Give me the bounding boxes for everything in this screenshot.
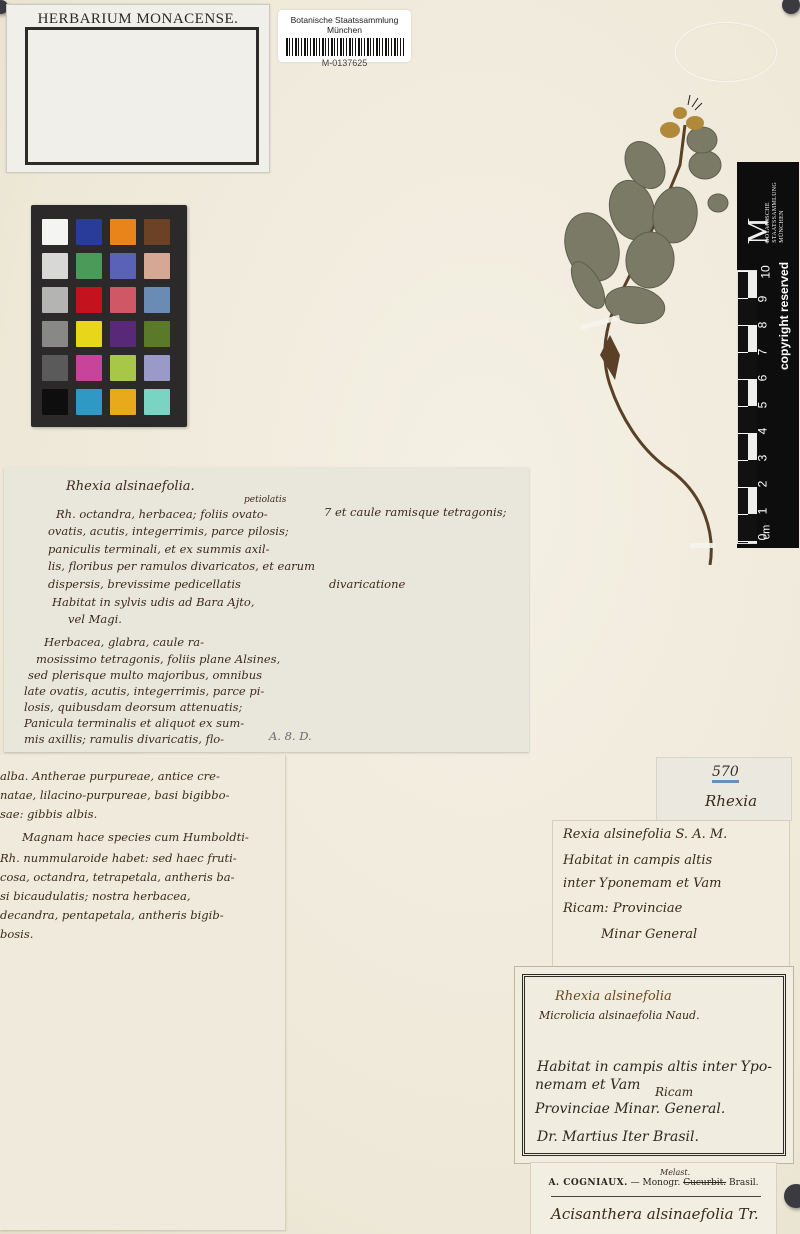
collector-line: Rexia alsinefolia S. A. M.	[563, 827, 727, 842]
species-name: Rhexia alsinaefolia.	[66, 479, 195, 494]
monograph-citation: A. COGNIAUX. — Monogr. Cucurbit. Brasil.	[531, 1178, 776, 1188]
ruler-number: 1	[755, 507, 769, 514]
description-line: ovatis, acutis, integerrimis, parce pilo…	[48, 524, 289, 538]
description-line: sed plerisque multo majoribus, omnibus	[28, 668, 262, 682]
color-swatch	[110, 355, 136, 381]
struck-word: Cucurbit.	[683, 1178, 726, 1188]
description-line: Rh. nummularoide habet: sed haec fruti-	[0, 851, 237, 865]
description-line: alba. Antherae purpureae, antice cre-	[0, 769, 220, 783]
color-calibration-chart	[31, 205, 187, 427]
color-swatch	[110, 219, 136, 245]
genus-name: Rhexia	[705, 792, 757, 810]
institution-name: Botanische Staatssammlung München	[278, 15, 411, 35]
habitat-line: vel Magi.	[68, 612, 122, 626]
province: Provinciae Minar. General.	[535, 1101, 725, 1117]
continuation-label: alba. Antherae purpureae, antice cre- na…	[0, 755, 286, 1230]
description-line: dispersis, brevissime pedicellatis	[48, 577, 241, 591]
description-line: cosa, octandra, tetrapetala, antheris ba…	[0, 870, 235, 884]
ruler-number: 3	[755, 454, 769, 461]
leaves	[560, 127, 728, 328]
color-swatch	[110, 389, 136, 415]
color-swatch	[76, 355, 102, 381]
description-line: sae: gibbis albis.	[0, 807, 97, 821]
color-swatch	[110, 287, 136, 313]
collector-line: Minar General	[601, 927, 697, 942]
author: A. COGNIAUX.	[548, 1178, 627, 1188]
color-swatch	[76, 321, 102, 347]
description-line: bosis.	[0, 927, 33, 941]
description-line: mis axillis; ramulis divaricatis, flo-	[24, 732, 224, 746]
embossed-stamp	[675, 22, 777, 82]
margin-note: 7 et caule ramisque tetragonis;	[324, 505, 507, 519]
collector-label: Rexia alsinefolia S. A. M. Habitat in ca…	[552, 820, 790, 969]
determination-label: Melast. A. COGNIAUX. — Monogr. Cucurbit.…	[530, 1162, 777, 1234]
initials: A. 8. D.	[269, 729, 312, 743]
plant-specimen	[560, 95, 740, 565]
description-line: Rh. octandra, herbacea; foliis ovato-	[56, 507, 268, 521]
mounting-pin-top-right	[782, 0, 800, 14]
herbarium-sheet: HERBARIUM MONACENSE. Botanische Staatssa…	[0, 0, 800, 1234]
habitat-insert: Ricam	[655, 1085, 693, 1099]
ruler-number: 5	[755, 401, 769, 408]
habitat-line: nemam et Vam	[535, 1077, 640, 1093]
color-swatch	[42, 321, 68, 347]
synonym: Microlicia alsinaefolia Naud.	[539, 1009, 700, 1022]
collector-line: inter Yponemam et Vam	[563, 876, 721, 891]
color-swatch	[144, 287, 170, 313]
header-label-frame	[25, 27, 259, 165]
color-swatch	[42, 355, 68, 381]
determination-name: Acisanthera alsinaefolia Tr.	[551, 1205, 759, 1223]
superscript-note: petiolatis	[244, 495, 286, 505]
herbarium-title: HERBARIUM MONACENSE.	[7, 11, 269, 28]
specimen-number: 570	[712, 764, 739, 783]
color-swatch	[144, 355, 170, 381]
color-swatch	[144, 253, 170, 279]
collector-line: Ricam: Provinciae	[563, 901, 682, 916]
collector-line: Habitat in campis altis	[563, 853, 712, 868]
ruler-numbers: 012345678910	[759, 262, 775, 542]
barcode-icon	[286, 38, 404, 56]
color-swatch	[42, 389, 68, 415]
description-line: late ovatis, acutis, integerrimis, parce…	[24, 684, 264, 698]
description-line: Magnam hace species cum Humboldti-	[22, 830, 249, 844]
color-swatch	[76, 287, 102, 313]
catalog-number: M-0137625	[278, 58, 411, 68]
ruler-ticks	[737, 270, 757, 544]
description-line: si bicaudulatis; nostra herbacea,	[0, 889, 191, 903]
description-line: mosissimo tetragonis, foliis plane Alsin…	[36, 652, 280, 666]
color-swatch	[144, 219, 170, 245]
number-label: 570 Rhexia	[656, 757, 792, 821]
color-swatch	[110, 253, 136, 279]
habitat-line: Habitat in campis altis inter Ypo-	[537, 1059, 772, 1075]
description-line: Panicula terminalis et aliquot ex sum-	[24, 716, 244, 730]
ruler-number: 7	[755, 348, 769, 355]
original-description-label: Rhexia alsinaefolia. petiolatis 7 et cau…	[4, 467, 529, 752]
ruler-number: 9	[755, 295, 769, 302]
ruler-unit: cm	[760, 525, 772, 540]
color-swatch	[42, 219, 68, 245]
mounting-pin-bottom-right	[784, 1184, 800, 1208]
color-swatch	[144, 389, 170, 415]
copyright-text: copyright reserved	[777, 262, 791, 412]
collector: Dr. Martius Iter Brasil.	[537, 1129, 699, 1145]
color-swatch	[76, 389, 102, 415]
monograph-prefix: — Monogr.	[631, 1178, 681, 1188]
ruler-number: 4	[755, 428, 769, 435]
color-swatch	[76, 219, 102, 245]
martius-flora-label: Rhexia alsinefolia Microlicia alsinaefol…	[514, 966, 794, 1164]
side-note: divaricatione	[329, 577, 405, 591]
color-swatch	[144, 321, 170, 347]
ruler-number: 2	[755, 481, 769, 488]
description-line: natae, lilacino-purpureae, basi bigibbo-	[0, 788, 229, 802]
monograph-suffix: Brasil.	[729, 1178, 759, 1188]
bsm-logo-icon: M	[741, 218, 775, 245]
ruler-number: 10	[759, 265, 773, 278]
color-swatch	[42, 253, 68, 279]
institution-line: MÜNCHEN	[779, 182, 786, 243]
divider	[551, 1196, 761, 1197]
habitat-line: Habitat in sylvis udis ad Bara Ajto,	[52, 595, 255, 609]
correction-note: Melast.	[660, 1168, 690, 1177]
description-line: Herbacea, glabra, caule ra-	[44, 635, 204, 649]
description-line: decandra, pentapetala, antheris bigib-	[0, 908, 224, 922]
mounting-tape	[580, 315, 715, 548]
ruler-number: 6	[755, 375, 769, 382]
description-line: lis, floribus per ramulos divaricatos, e…	[48, 559, 315, 573]
scale-bar: BOTANISCHE STAATSSAMMLUNG MÜNCHEN M copy…	[737, 162, 799, 548]
ruler-number: 8	[755, 322, 769, 329]
species-name: Rhexia alsinefolia	[555, 989, 672, 1004]
color-swatch	[42, 287, 68, 313]
color-swatch	[76, 253, 102, 279]
color-swatch	[110, 321, 136, 347]
description-line: paniculis terminali, et ex summis axil-	[48, 542, 269, 556]
description-line: losis, quibusdam deorsum attenuatis;	[24, 700, 242, 714]
herbarium-header-label: HERBARIUM MONACENSE.	[6, 4, 270, 173]
barcode-label: Botanische Staatssammlung München M-0137…	[278, 10, 411, 62]
